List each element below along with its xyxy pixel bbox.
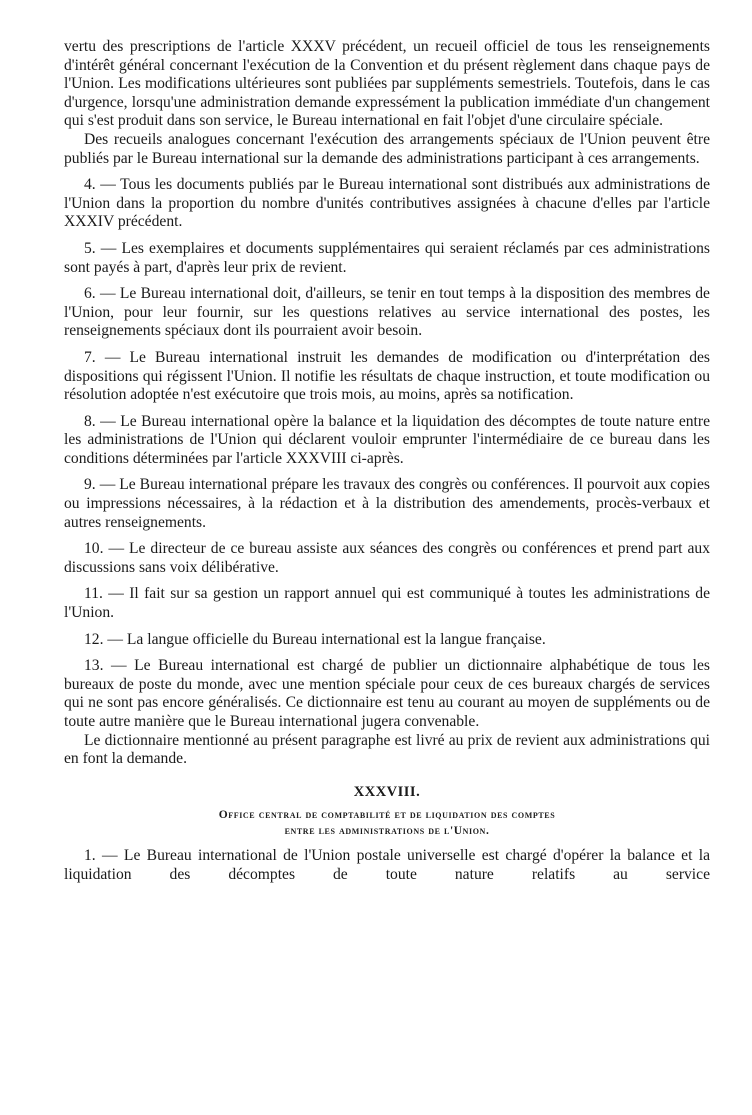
article-number: 9.: [84, 476, 96, 493]
article-text: — Le Bureau international prépare les tr…: [64, 476, 710, 530]
article-text: — Les exemplaires et documents supplémen…: [64, 240, 710, 276]
article-text: — Le Bureau international de l'Union pos…: [64, 847, 710, 883]
article-text: — Le Bureau international opère la balan…: [64, 413, 710, 467]
article-5: 5. — Les exemplaires et documents supplé…: [64, 240, 710, 277]
paragraph-continuation: vertu des prescriptions de l'article XXX…: [64, 38, 710, 131]
section-article-1: 1. — Le Bureau international de l'Union …: [64, 847, 710, 884]
article-text: — Il fait sur sa gestion un rapport annu…: [64, 585, 710, 621]
article-13: 13. — Le Bureau international est chargé…: [64, 657, 710, 731]
article-13-followup: Le dictionnaire mentionné au présent par…: [64, 732, 710, 769]
article-text: — Le directeur de ce bureau assiste aux …: [64, 540, 710, 576]
article-9: 9. — Le Bureau international prépare les…: [64, 476, 710, 532]
article-number: 8.: [84, 413, 96, 430]
document-page: vertu des prescriptions de l'article XXX…: [64, 38, 710, 885]
article-text: — Le Bureau international doit, d'ailleu…: [64, 285, 710, 339]
article-text: — Tous les documents publiés par le Bure…: [64, 176, 710, 230]
article-number: 13.: [84, 657, 104, 674]
article-text: — La langue officielle du Bureau interna…: [107, 631, 545, 648]
section-number: XXXVIII.: [64, 783, 710, 802]
article-6: 6. — Le Bureau international doit, d'ail…: [64, 285, 710, 341]
article-8: 8. — Le Bureau international opère la ba…: [64, 413, 710, 469]
paragraph-recueils: Des recueils analogues concernant l'exéc…: [64, 131, 710, 168]
section-title-line-2: entre les administrations de l'Union.: [64, 823, 710, 839]
article-number: 6.: [84, 285, 96, 302]
article-10: 10. — Le directeur de ce bureau assiste …: [64, 540, 710, 577]
article-4: 4. — Tous les documents publiés par le B…: [64, 176, 710, 232]
article-number: 12.: [84, 631, 104, 648]
article-11: 11. — Il fait sur sa gestion un rapport …: [64, 585, 710, 622]
article-number: 5.: [84, 240, 96, 257]
article-number: 11.: [84, 585, 103, 602]
section-title-line-1: Office central de comptabilité et de liq…: [64, 807, 710, 823]
section-title: Office central de comptabilité et de liq…: [64, 807, 710, 839]
article-12: 12. — La langue officielle du Bureau int…: [64, 631, 710, 650]
article-number: 7.: [84, 349, 96, 366]
article-number: 1.: [84, 847, 96, 864]
article-number: 4.: [84, 176, 96, 193]
article-number: 10.: [84, 540, 104, 557]
article-text: — Le Bureau international instruit les d…: [64, 349, 710, 403]
article-text: — Le Bureau international est chargé de …: [64, 657, 710, 730]
article-7: 7. — Le Bureau international instruit le…: [64, 349, 710, 405]
